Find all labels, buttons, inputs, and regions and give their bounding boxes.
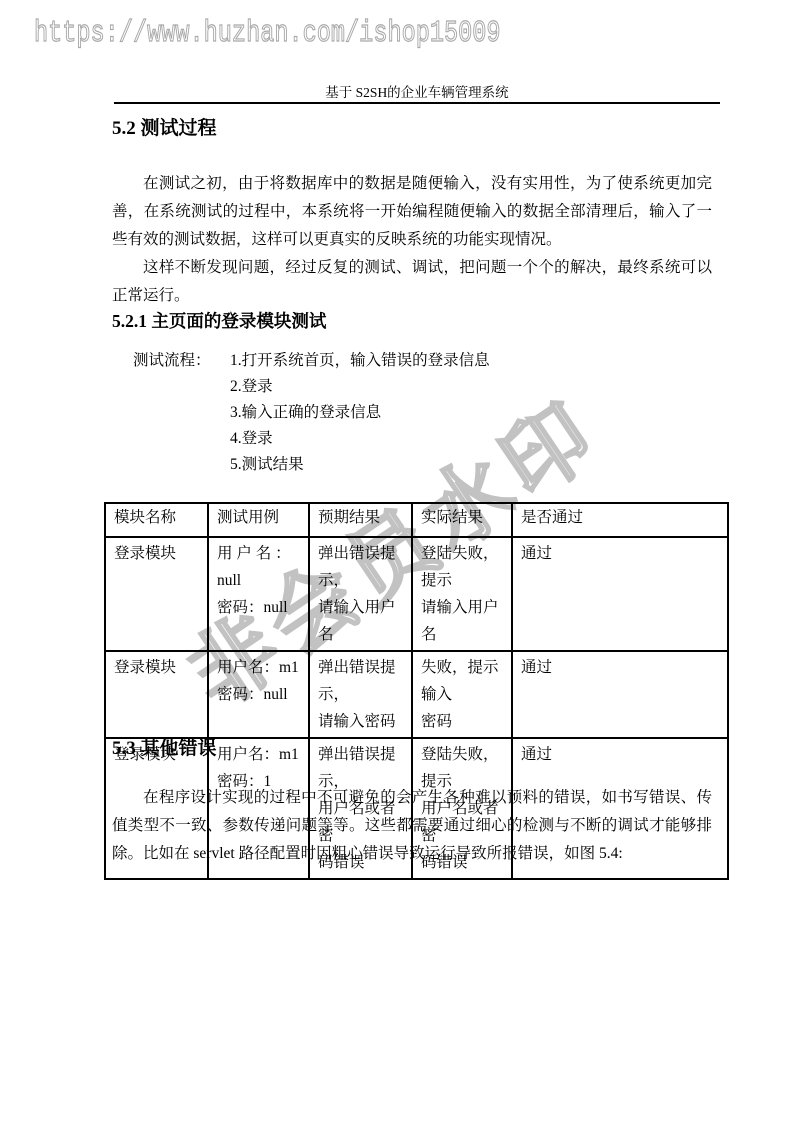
cell-test-case: 用 户 名 ： null 密码：null bbox=[208, 537, 309, 651]
table-row: 登录模块 用 户 名 ： null 密码：null 弹出错误提示， 请输入用户名… bbox=[105, 537, 728, 651]
section-heading-5-3: 5.3 其他错误 bbox=[112, 737, 217, 760]
cell-test-case: 用户名：m1 密码：null bbox=[208, 651, 309, 738]
table-row: 登录模块 用户名：m1 密码：null 弹出错误提示， 请输入密码 失败，提示输… bbox=[105, 651, 728, 738]
test-flow-step: 5.测试结果 bbox=[230, 452, 490, 478]
cell-module: 登录模块 bbox=[105, 537, 208, 651]
cell-pass: 通过 bbox=[512, 537, 728, 651]
test-flow-step: 4.登录 bbox=[230, 426, 490, 452]
column-header-pass: 是否通过 bbox=[512, 503, 728, 537]
test-flow-list: 1.打开系统首页，输入错误的登录信息 2.登录 3.输入正确的登录信息 4.登录… bbox=[230, 348, 490, 478]
cell-actual: 登陆失败，提示 请输入用户名 bbox=[412, 537, 512, 651]
url-watermark: https://www.huzhan.com/ishop15009 bbox=[34, 16, 501, 52]
column-header-test-case: 测试用例 bbox=[208, 503, 309, 537]
test-flow-label: 测试流程： bbox=[133, 348, 211, 374]
column-header-actual: 实际结果 bbox=[412, 503, 512, 537]
page-header-title: 基于 S2SH的企业车辆管理系统 bbox=[114, 84, 720, 101]
cell-expected: 弹出错误提示， 请输入密码 bbox=[309, 651, 412, 738]
test-flow-step: 2.登录 bbox=[230, 374, 490, 400]
test-flow-step: 1.打开系统首页，输入错误的登录信息 bbox=[230, 348, 490, 374]
paragraph-test-iterate: 这样不断发现问题，经过反复的测试、调试，把问题一个个的解决，最终系统可以正常运行… bbox=[112, 254, 712, 310]
cell-pass: 通过 bbox=[512, 651, 728, 738]
paragraph-test-intro: 在测试之初，由于将数据库中的数据是随便输入，没有实用性，为了使系统更加完善，在系… bbox=[112, 170, 712, 254]
document-page: https://www.huzhan.com/ishop15009 非会员水印 … bbox=[0, 0, 793, 1122]
column-header-expected: 预期结果 bbox=[309, 503, 412, 537]
header-rule bbox=[114, 102, 720, 104]
cell-actual: 失败，提示输入 密码 bbox=[412, 651, 512, 738]
cell-module: 登录模块 bbox=[105, 651, 208, 738]
column-header-module: 模块名称 bbox=[105, 503, 208, 537]
section-heading-5-2-1: 5.2.1 主页面的登录模块测试 bbox=[112, 310, 326, 332]
section-heading-5-2: 5.2 测试过程 bbox=[112, 117, 217, 140]
cell-expected: 弹出错误提示， 请输入用户名 bbox=[309, 537, 412, 651]
table-header-row: 模块名称 测试用例 预期结果 实际结果 是否通过 bbox=[105, 503, 728, 537]
paragraph-other-errors: 在程序设计实现的过程中不可避免的会产生各种难以预料的错误，如书写错误、传值类型不… bbox=[112, 784, 712, 868]
test-flow-step: 3.输入正确的登录信息 bbox=[230, 400, 490, 426]
